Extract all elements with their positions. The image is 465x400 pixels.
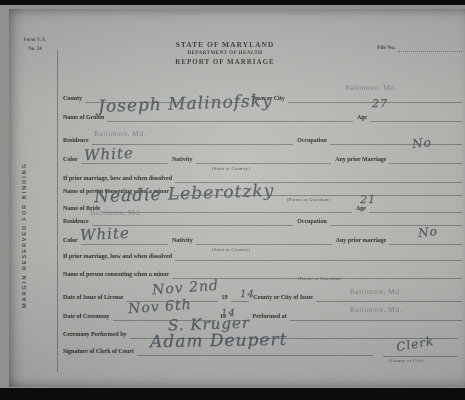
groom-residence-label: Residence <box>63 138 92 145</box>
binding-margin-rule <box>57 50 58 372</box>
field-line <box>389 162 462 164</box>
field-line <box>107 120 353 122</box>
form-header: STATE OF MARYLAND DEPARTMENT OF HEALTH R… <box>125 40 325 66</box>
groom-occupation-label: Occupation <box>293 138 330 145</box>
groom-age-handwriting: 27 <box>372 98 388 109</box>
field-line <box>231 300 250 302</box>
license-place-stamp: Baltimore, Md. <box>350 287 402 296</box>
groom-color-handwriting: White <box>84 146 134 164</box>
groom-nativity-label: Nativity <box>168 157 196 164</box>
field-line <box>196 243 332 245</box>
groom-age-label: Age <box>353 115 370 122</box>
ceremony-place-stamp: Baltimore, Md. <box>350 305 402 314</box>
clerk-signature-label: Signature of Clerk of Court <box>63 349 137 356</box>
field-line <box>370 120 462 122</box>
license-year-handwriting: 14 <box>240 290 255 300</box>
clerk-signature-handwriting: Adam Deupert <box>150 332 288 351</box>
groom-residence-stamp: Baltimore, Md. <box>94 129 146 138</box>
field-line <box>389 243 462 245</box>
bride-consent-row: Name of person consenting when a minor <box>63 265 462 279</box>
film-edge-top <box>0 0 465 5</box>
file-no-field: File No. <box>377 42 462 52</box>
field-line <box>330 224 462 226</box>
performed-by-label: Ceremony Performed by <box>63 332 130 339</box>
page-title: REPORT OF MARRIAGE <box>125 58 325 66</box>
ceremony-date-handwriting: Nov 6th <box>128 298 192 316</box>
bride-color-label: Color <box>63 238 81 245</box>
field-line <box>290 319 462 321</box>
field-line <box>137 354 373 356</box>
license-date-label: Date of Issue of License <box>63 295 126 302</box>
bride-nativity-label: Nativity <box>168 238 196 245</box>
clerk-title-note: (County or City) <box>389 358 424 363</box>
scanned-marriage-report: Form V. S. No. 34 MARGIN RESERVED FOR BI… <box>0 0 465 400</box>
license-row: Date of Issue of License 19 County or Ci… <box>63 288 462 302</box>
bride-dissolved-label: If prior marriage, how and when dissolve… <box>63 254 175 261</box>
header-department: DEPARTMENT OF HEALTH <box>125 51 325 56</box>
license-year-prefix: 19 <box>218 295 231 302</box>
bride-dissolved-row: If prior marriage, how and when dissolve… <box>63 247 462 261</box>
bride-prior-marriage-label: Any prior marriage <box>332 238 390 245</box>
field-line <box>398 50 462 52</box>
license-place-label: County or City of Issue <box>249 295 316 302</box>
form-code-line2: No. 34 <box>14 46 56 55</box>
bride-age-handwriting: 21 <box>360 194 376 205</box>
groom-prior-marriage-handwriting: No <box>411 136 432 150</box>
form-code: Form V. S. No. 34 <box>14 37 56 54</box>
bride-consent-note: (Parent or Guardian) <box>298 276 341 281</box>
clerk-title-line <box>383 355 458 357</box>
field-line <box>196 162 332 164</box>
form-code-line1: Form V. S. <box>14 37 56 46</box>
bride-color-handwriting: White <box>80 226 130 244</box>
file-no-label: File No. <box>377 45 398 52</box>
county-label: County <box>63 96 85 103</box>
binding-margin-text: MARGIN RESERVED FOR BINDING <box>22 118 28 308</box>
groom-color-label: Color <box>63 157 81 164</box>
bride-residence-stamp: Baltimore, Md. <box>90 208 142 217</box>
film-edge-bottom <box>0 388 465 400</box>
header-state: STATE OF MARYLAND <box>125 40 325 49</box>
field-line <box>175 259 462 261</box>
field-line <box>330 143 462 145</box>
bride-occupation-label: Occupation <box>293 219 330 226</box>
ceremony-date-label: Date of Ceremony <box>63 314 113 321</box>
bride-prior-marriage-handwriting: No <box>417 225 438 239</box>
field-line <box>316 300 462 302</box>
ceremony-performed-at-label: Performed at <box>248 314 289 321</box>
groom-prior-marriage-label: Any prior Marriage <box>331 157 389 164</box>
bride-consent-label: Name of person consenting when a minor <box>63 272 172 279</box>
ceremony-date-row: Date of Ceremony 19 Performed at <box>63 307 462 321</box>
